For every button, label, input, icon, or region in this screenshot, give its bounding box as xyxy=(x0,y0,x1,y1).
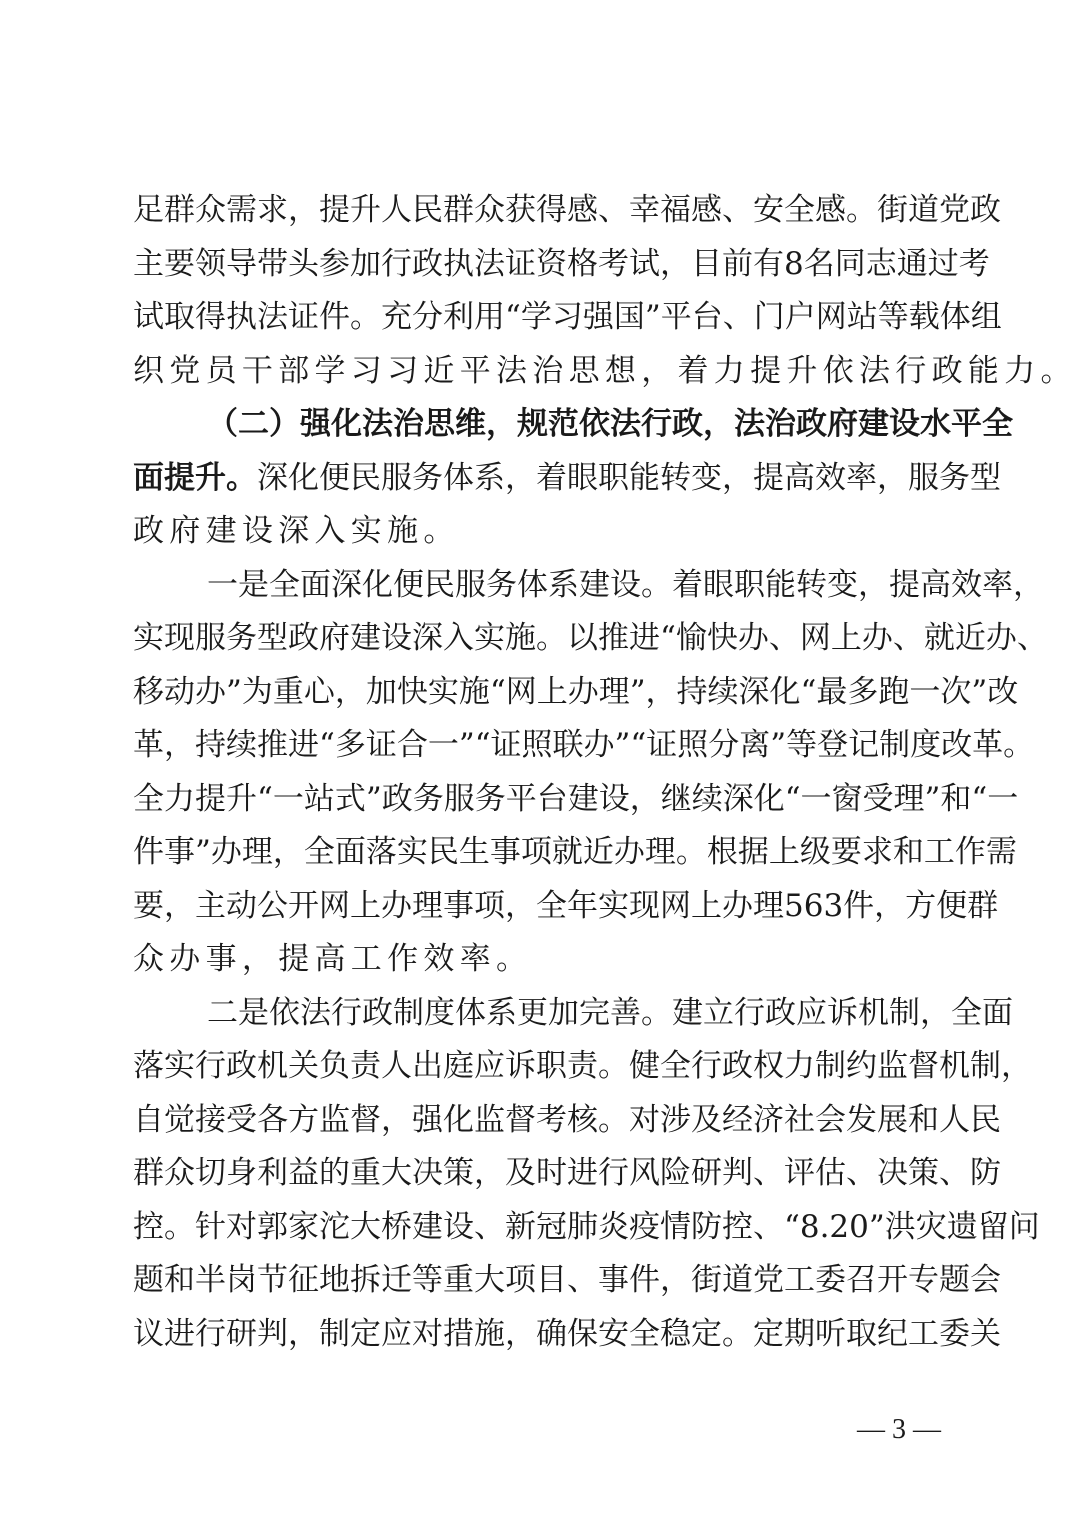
section-heading: （二） xyxy=(207,406,300,442)
text-line: （二）强化法治思维，规范依法行政，法治政府建设水平全 xyxy=(207,397,943,451)
line-text: 实现服务型政府建设深入实施。以推进“愉快办、网上办、就近办、 xyxy=(133,620,1048,656)
text-line: 织党员干部学习习近平法治思想，着力提升依法行政能力。 xyxy=(133,344,943,398)
line-text: 自觉接受各方监督，强化监督考核。对涉及经济社会发展和人民 xyxy=(133,1102,1001,1138)
line-text: 强化法治思维，规范依法行政，法治政府建设水平全 xyxy=(300,406,1013,442)
line-text: 二是依法行政制度体系更加完善。建立行政应诉机制，全面 xyxy=(207,995,1013,1031)
line-text: 题和半岗节征地拆迁等重大项目、事件，街道党工委召开专题会 xyxy=(133,1262,1001,1298)
line-text: 群众切身利益的重大决策，及时进行风险研判、评估、决策、防 xyxy=(133,1155,1001,1191)
line-text: 主要领导带头参加行政执法证资格考试，目前有8名同志通过考 xyxy=(133,246,990,282)
line-text: 全力提升“一站式”政务服务平台建设，继续深化“一窗受理”和“一 xyxy=(133,781,1018,817)
line-text: 一是全面深化便民服务体系建设。着眼职能转变，提高效率， xyxy=(207,567,1044,603)
text-line: 移动办”为重心，加快实施“网上办理”，持续深化“最多跑一次”改 xyxy=(133,665,943,719)
line-text: 议进行研判，制定应对措施，确保安全稳定。定期听取纪工委关 xyxy=(133,1316,1001,1352)
text-line: 件事”办理，全面落实民生事项就近办理。根据上级要求和工作需 xyxy=(133,825,943,879)
text-line: 二是依法行政制度体系更加完善。建立行政应诉机制，全面 xyxy=(207,986,943,1040)
section-heading: 面提升。 xyxy=(133,460,257,496)
text-line: 主要领导带头参加行政执法证资格考试，目前有8名同志通过考 xyxy=(133,237,943,291)
line-text: 移动办”为重心，加快实施“网上办理”，持续深化“最多跑一次”改 xyxy=(133,674,1018,710)
document-page: 足群众需求，提升人民群众获得感、幸福感、安全感。街道党政主要领导带头参加行政执法… xyxy=(0,0,1074,1520)
text-line: 足群众需求，提升人民群众获得感、幸福感、安全感。街道党政 xyxy=(133,183,943,237)
line-text: 深化便民服务体系，着眼职能转变，提高效率，服务型 xyxy=(257,460,1001,496)
text-line: 议进行研判，制定应对措施，确保安全稳定。定期听取纪工委关 xyxy=(133,1307,943,1361)
line-text: 件事”办理，全面落实民生事项就近办理。根据上级要求和工作需 xyxy=(133,834,1017,870)
line-text: 政府建设深入实施。 xyxy=(133,513,460,549)
text-line: 群众切身利益的重大决策，及时进行风险研判、评估、决策、防 xyxy=(133,1146,943,1200)
line-text: 控。针对郭家沱大桥建设、新冠肺炎疫情防控、“8.20”洪灾遗留问 xyxy=(133,1209,1040,1245)
text-line: 试取得执法证件。充分利用“学习强国”平台、门户网站等载体组 xyxy=(133,290,943,344)
text-line: 革，持续推进“多证合一”“证照联办”“证照分离”等登记制度改革。 xyxy=(133,718,943,772)
text-line: 一是全面深化便民服务体系建设。着眼职能转变，提高效率， xyxy=(207,558,943,612)
line-text: 众办事，提高工作效率。 xyxy=(133,941,532,977)
line-text: 试取得执法证件。充分利用“学习强国”平台、门户网站等载体组 xyxy=(133,299,1002,335)
line-text: 织党员干部学习习近平法治思想，着力提升依法行政能力。 xyxy=(133,353,1074,389)
page-number: — 3 — xyxy=(854,1410,944,1450)
text-line: 自觉接受各方监督，强化监督考核。对涉及经济社会发展和人民 xyxy=(133,1093,943,1147)
text-line: 实现服务型政府建设深入实施。以推进“愉快办、网上办、就近办、 xyxy=(133,611,943,665)
text-line: 要，主动公开网上办理事项，全年实现网上办理563件，方便群 xyxy=(133,879,943,933)
line-text: 革，持续推进“多证合一”“证照联办”“证照分离”等登记制度改革。 xyxy=(133,727,1034,763)
text-line: 面提升。深化便民服务体系，着眼职能转变，提高效率，服务型 xyxy=(133,451,943,505)
line-text: 落实行政机关负责人出庭应诉职责。健全行政权力制约监督机制， xyxy=(133,1048,1032,1084)
text-line: 控。针对郭家沱大桥建设、新冠肺炎疫情防控、“8.20”洪灾遗留问 xyxy=(133,1200,943,1254)
text-line: 全力提升“一站式”政务服务平台建设，继续深化“一窗受理”和“一 xyxy=(133,772,943,826)
line-text: 要，主动公开网上办理事项，全年实现网上办理563件，方便群 xyxy=(133,888,998,924)
text-line: 题和半岗节征地拆迁等重大项目、事件，街道党工委召开专题会 xyxy=(133,1253,943,1307)
text-line: 落实行政机关负责人出庭应诉职责。健全行政权力制约监督机制， xyxy=(133,1039,943,1093)
text-line: 众办事，提高工作效率。 xyxy=(133,932,943,986)
line-text: 足群众需求，提升人民群众获得感、幸福感、安全感。街道党政 xyxy=(133,192,1001,228)
text-line: 政府建设深入实施。 xyxy=(133,504,943,558)
